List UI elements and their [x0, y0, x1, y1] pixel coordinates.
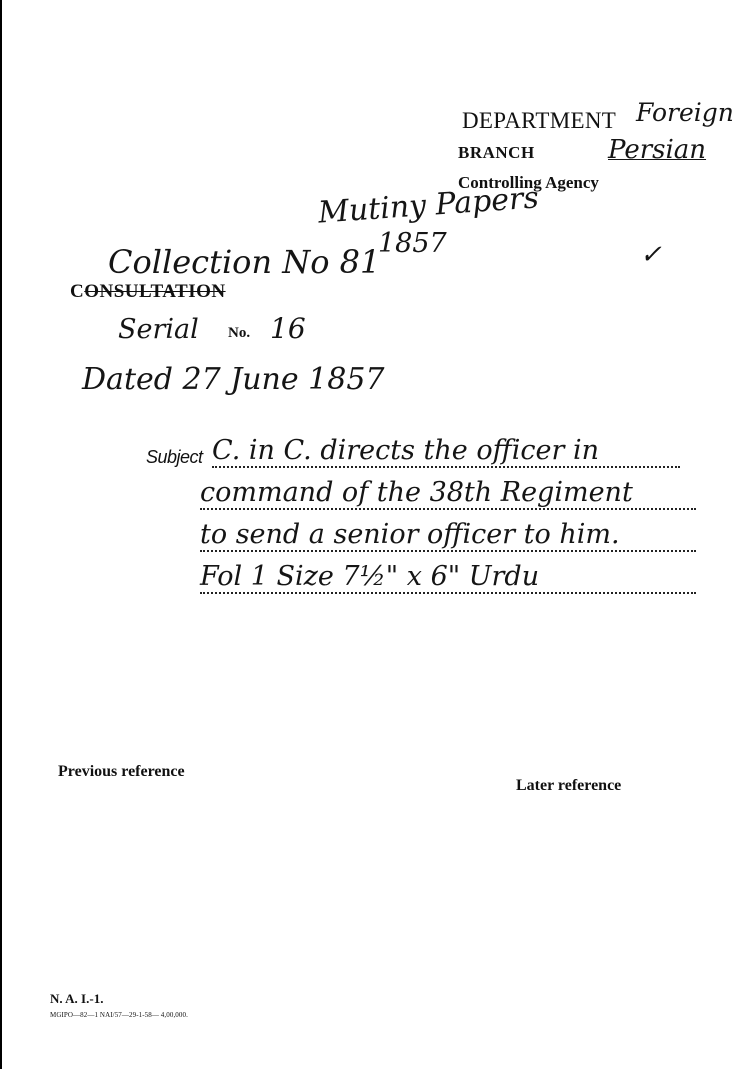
later-reference-label: Later reference: [516, 777, 621, 795]
page-edge-border: [0, 0, 2, 1069]
consultation-struck-text: ONSULTATION: [84, 281, 225, 302]
subject-line: command of the 38th Regiment: [200, 478, 696, 510]
check-mark-icon: ✓: [640, 240, 662, 270]
branch-value: Persian: [608, 135, 706, 165]
collection-number: Collection No 81: [108, 243, 380, 281]
consultation-label: CONSULTATION: [70, 281, 226, 303]
serial-number: 16: [270, 312, 306, 345]
form-number: N. A. I.-1.: [50, 991, 103, 1007]
serial-label: Serial: [118, 314, 199, 345]
previous-reference-label: Previous reference: [58, 763, 185, 781]
mutiny-papers-annotation: Mutiny Papers: [317, 180, 540, 230]
number-label: No.: [228, 325, 250, 342]
subject-line: C. in C. directs the officer in: [212, 436, 680, 468]
department-value: Foreign: [636, 98, 734, 127]
printer-imprint: MGIPO—82—1 NAI/57—29-1-58— 4,00,000.: [50, 1011, 188, 1019]
subject-line: to send a senior officer to him.: [200, 520, 696, 552]
department-label: DEPARTMENT: [462, 108, 616, 134]
subject-label: Subject: [146, 447, 203, 468]
date-entry: Dated 27 June 1857: [82, 362, 385, 397]
mutiny-year-annotation: 1857: [378, 228, 447, 259]
branch-label: BRANCH: [458, 143, 535, 163]
consultation-initial: C: [70, 281, 84, 302]
subject-line: Fol 1 Size 7½" x 6" Urdu: [200, 562, 696, 594]
